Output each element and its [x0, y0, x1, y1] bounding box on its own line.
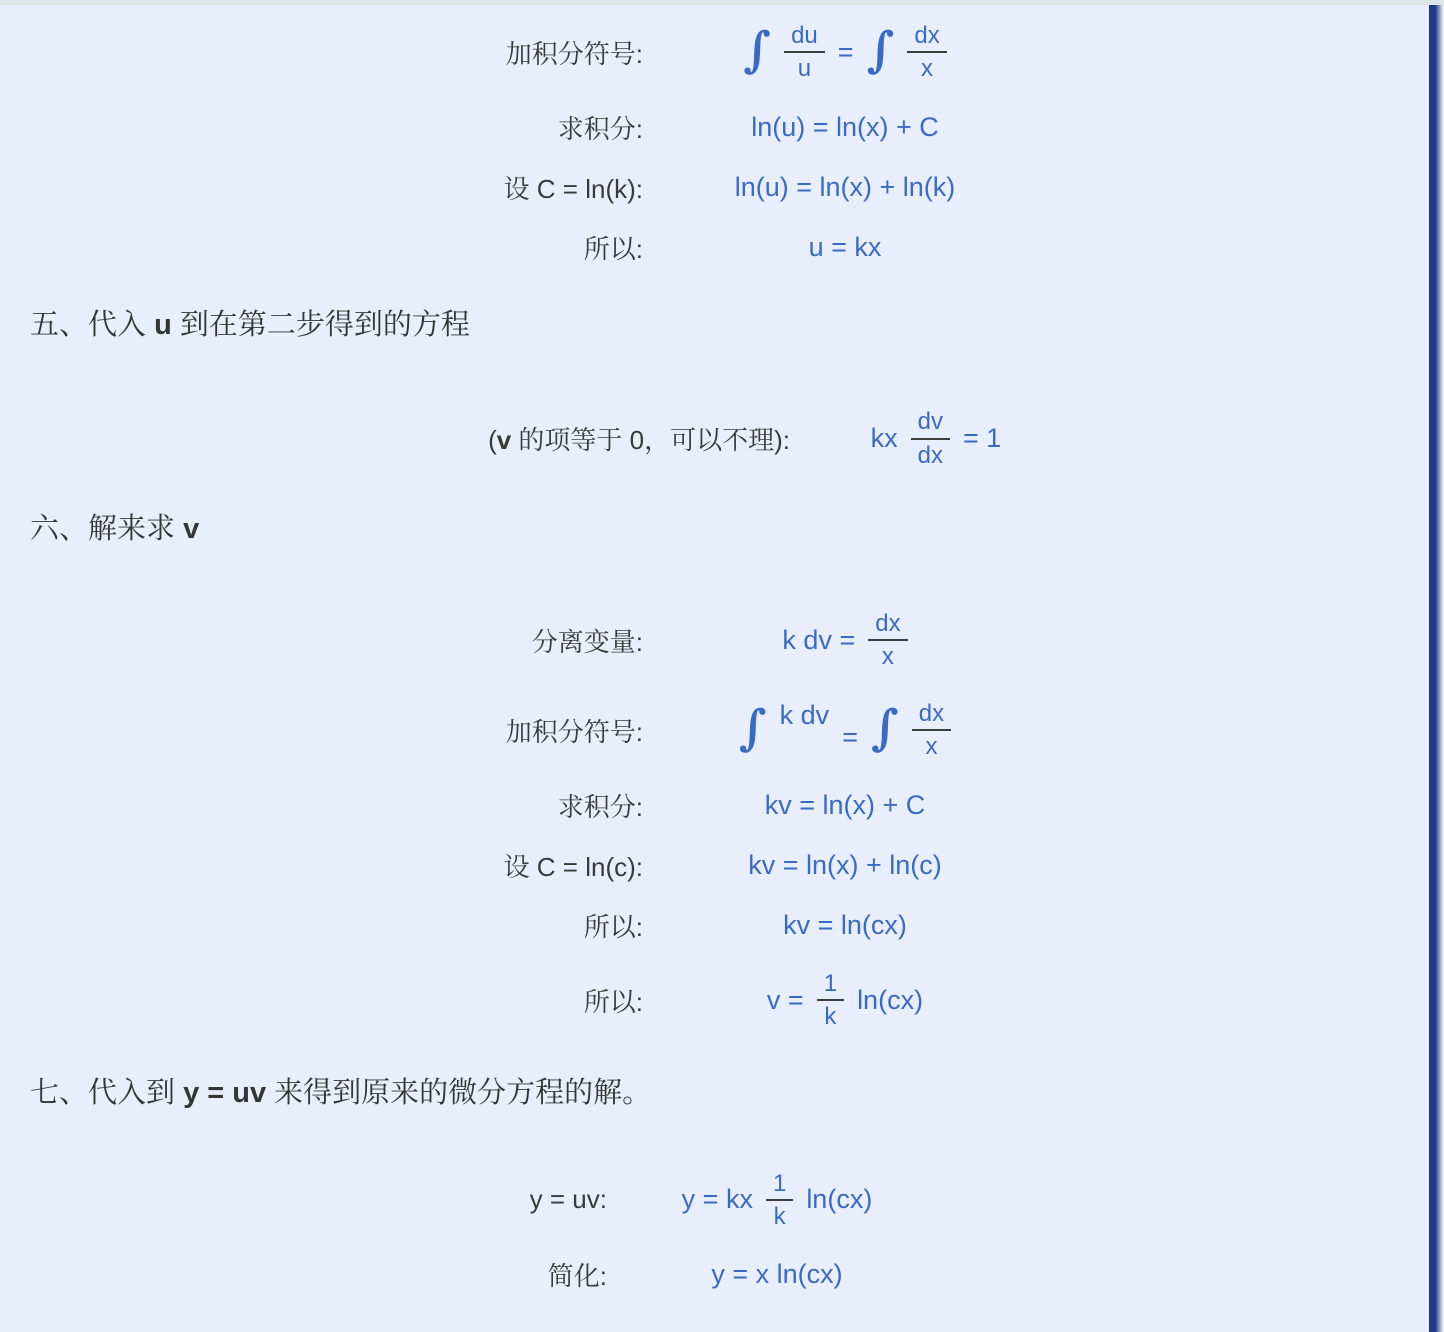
fraction: dx x	[912, 698, 951, 762]
equation-row: 分离变量: k dv = dx x	[0, 595, 1444, 685]
equals-sign: =	[838, 37, 854, 68]
fraction: du u	[784, 20, 825, 84]
fraction: 1 k	[817, 968, 844, 1032]
equation-label: 求积分:	[0, 109, 643, 146]
equation-row: 所以: v = 1 k ln(cx)	[0, 955, 1444, 1045]
scrollbar[interactable]	[1429, 5, 1444, 1332]
section-heading-7: 七、代入到 y = uv 来得到原来的微分方程的解。	[0, 1073, 1444, 1114]
equation-formula: v = 1 k ln(cx)	[643, 968, 1047, 1032]
equation-formula: kx dv dx = 1	[790, 406, 1082, 470]
equation-formula: ∫ du u = ∫ dx x	[643, 20, 1047, 84]
equation-formula: y = x ln(cx)	[607, 1259, 947, 1290]
equation-row: 设 C = ln(k): ln(u) = ln(x) + ln(k)	[0, 157, 1444, 217]
equation-formula: y = kx 1 k ln(cx)	[607, 1168, 947, 1232]
fraction: 1 k	[766, 1168, 793, 1232]
section-heading-6: 六、解来求 v	[0, 509, 1444, 550]
equation-formula: ln(u) = ln(x) + C	[643, 112, 1047, 143]
integral-icon: ∫	[743, 26, 771, 74]
integral-icon: ∫	[871, 704, 899, 752]
equation-formula: u = kx	[643, 232, 1047, 263]
math-document: 加积分符号: ∫ du u = ∫ dx x 求积分: ln(u) = ln(x…	[0, 0, 1444, 1305]
equation-formula: kv = ln(cx)	[643, 910, 1047, 941]
equation-formula: kv = ln(x) + ln(c)	[643, 850, 1047, 881]
equals-sign: =	[842, 722, 858, 753]
equation-label: 求积分:	[0, 787, 643, 824]
equation-row: 简化: y = x ln(cx)	[0, 1245, 1444, 1305]
equation-formula: ln(u) = ln(x) + ln(k)	[643, 172, 1047, 203]
equation-label: 所以:	[0, 982, 643, 1019]
equation-label: y = uv:	[0, 1184, 607, 1215]
equation-label: 简化:	[0, 1256, 607, 1293]
equation-table-u: 加积分符号: ∫ du u = ∫ dx x 求积分: ln(u) = ln(x…	[0, 7, 1444, 277]
equation-row: 加积分符号: ∫ k dv = ∫ dx x	[0, 685, 1444, 775]
equation-table-v: 分离变量: k dv = dx x 加积分符号: ∫ k dv = ∫ dx x	[0, 595, 1444, 1045]
equation-formula: kv = ln(x) + C	[643, 790, 1047, 821]
equation-label: 所以:	[0, 907, 643, 944]
equation-label: 分离变量:	[0, 622, 643, 659]
equation-row: 求积分: ln(u) = ln(x) + C	[0, 97, 1444, 157]
equation-label: 加积分符号:	[0, 34, 643, 71]
equation-formula: k dv = dx x	[643, 608, 1047, 672]
equation-label: 设 C = ln(c):	[0, 847, 643, 884]
equation-row: (v 的项等于 0，可以不理): kx dv dx = 1	[0, 394, 1444, 484]
equation-row: 加积分符号: ∫ du u = ∫ dx x	[0, 7, 1444, 97]
integral-icon: ∫	[867, 26, 895, 74]
integral-icon: ∫	[739, 704, 767, 752]
equation-table-substitute-u: (v 的项等于 0，可以不理): kx dv dx = 1	[0, 394, 1444, 484]
equation-row: 求积分: kv = ln(x) + C	[0, 775, 1444, 835]
equation-table-solution: y = uv: y = kx 1 k ln(cx) 简化: y = x ln(c…	[0, 1155, 1444, 1305]
equation-row: 所以: kv = ln(cx)	[0, 895, 1444, 955]
window-top-strip	[0, 0, 1444, 5]
fraction: dv dx	[911, 406, 950, 470]
fraction: dx x	[907, 20, 946, 84]
equation-label: (v 的项等于 0，可以不理):	[0, 420, 790, 457]
equation-formula: ∫ k dv = ∫ dx x	[643, 698, 1047, 762]
equation-label: 设 C = ln(k):	[0, 169, 643, 206]
equation-row: y = uv: y = kx 1 k ln(cx)	[0, 1155, 1444, 1245]
equation-label: 所以:	[0, 229, 643, 266]
equation-row: 所以: u = kx	[0, 217, 1444, 277]
integrand: k dv	[780, 700, 830, 731]
equation-row: 设 C = ln(c): kv = ln(x) + ln(c)	[0, 835, 1444, 895]
equation-label: 加积分符号:	[0, 712, 643, 749]
section-heading-5: 五、代入 u 到在第二步得到的方程	[0, 305, 1444, 346]
fraction: dx x	[868, 608, 907, 672]
